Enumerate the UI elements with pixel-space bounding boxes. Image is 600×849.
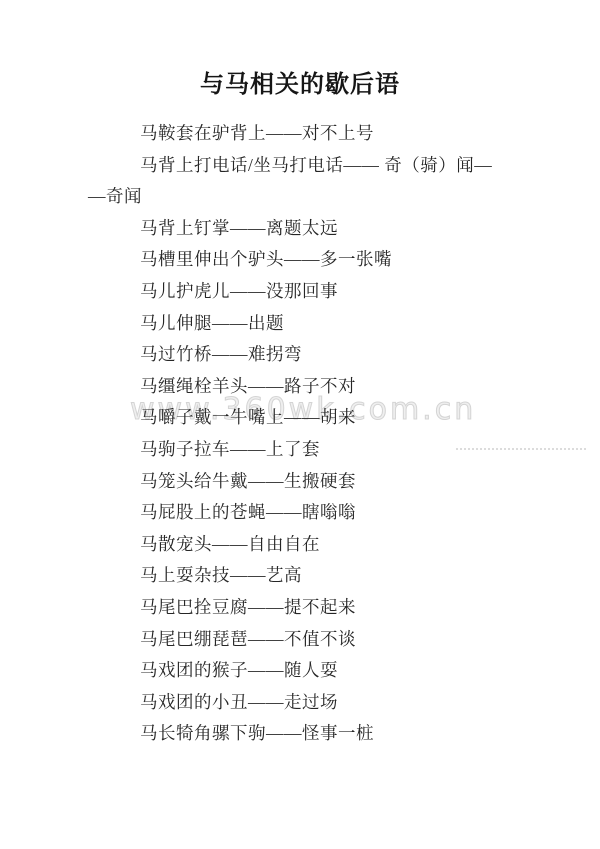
saying-line: 马上耍杂技——艺高 — [88, 560, 528, 592]
saying-line: 马驹子拉车——上了套 — [88, 434, 528, 466]
saying-line: 马笼头给牛戴——生搬硬套 — [88, 466, 528, 498]
saying-line: 马鞍套在驴背上——对不上号 — [88, 118, 528, 150]
sayings-list: 马鞍套在驴背上——对不上号马背上打电话/坐马打电话—— 奇（骑）闻——奇闻马背上… — [88, 118, 528, 750]
saying-line: 马嚼子戴一牛嘴上——胡来 — [88, 402, 528, 434]
saying-line: 马戏团的小丑——走过场 — [88, 687, 528, 719]
saying-line: 马缰绳栓羊头——路子不对 — [88, 371, 528, 403]
saying-line: 马背上钉掌——离题太远 — [88, 213, 528, 245]
saying-line: 马屁股上的苍蝇——瞎嗡嗡 — [88, 497, 528, 529]
saying-line: 马戏团的猴子——随人耍 — [88, 655, 528, 687]
saying-line: 马长犄角骡下驹——怪事一桩 — [88, 718, 528, 750]
saying-line: 马散宠头——自由自在 — [88, 529, 528, 561]
saying-line: 马背上打电话/坐马打电话—— 奇（骑）闻— — [88, 150, 528, 182]
page-title: 与马相关的歇后语 — [0, 64, 600, 99]
saying-line: 马儿伸腿——出题 — [88, 308, 528, 340]
saying-line: 马尾巴拴豆腐——提不起来 — [88, 592, 528, 624]
saying-line: 马尾巴绷琵琶——不值不谈 — [88, 624, 528, 656]
saying-line: 马儿护虎儿——没那回事 — [88, 276, 528, 308]
saying-line: 马过竹桥——难拐弯 — [88, 339, 528, 371]
document-page: 与马相关的歇后语 www.360wk.com.cn 马鞍套在驴背上——对不上号马… — [0, 0, 600, 849]
saying-line: 马槽里伸出个驴头——多一张嘴 — [88, 244, 528, 276]
saying-line: —奇闻 — [88, 181, 528, 213]
